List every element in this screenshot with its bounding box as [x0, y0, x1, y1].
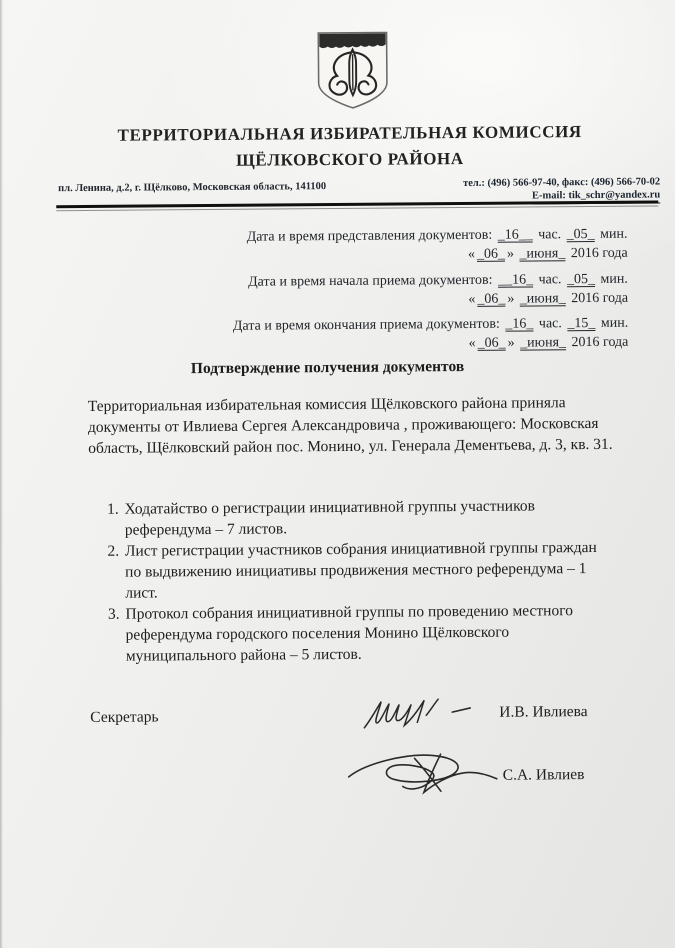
scanned-document-page: ТЕРРИТОРИАЛЬНАЯ ИЗБИРАТЕЛЬНАЯ КОМИССИЯ Щ…: [0, 0, 675, 948]
datetime-line2: «_06_» _июня_ 2016 года: [245, 244, 628, 266]
org-phone-fax: тел.: (496) 566-97-40, факс: (496) 566-7…: [463, 176, 660, 189]
shchyolkovo-coat-of-arms-icon: [314, 30, 392, 111]
document-list: Ходатайство о регистрации инициативной г…: [97, 495, 616, 667]
signatory-name: С.А. Ивлиев: [503, 766, 585, 785]
document-list-item: Лист регистрации участников собрания ини…: [123, 537, 615, 604]
handwritten-signature-secretary: [360, 691, 478, 734]
document-list-item: Ходатайство о регистрации инициативной г…: [123, 495, 615, 541]
letterhead-contacts: пл. Ленина, д.2, г. Щёлково, Московская …: [56, 176, 660, 181]
document-title: Подтверждение получения документов: [47, 357, 607, 379]
datetime-acceptance-start: Дата и время начала приема документов: _…: [246, 270, 628, 311]
body-paragraph: Территориальная избирательная комиссия Щ…: [88, 392, 633, 459]
signatory-name: И.В. Ивлиева: [499, 703, 588, 722]
org-address: пл. Ленина, д.2, г. Щёлково, Московская …: [58, 181, 326, 194]
datetime-acceptance-end: Дата и время окончания приема документов…: [231, 314, 629, 355]
org-name: ТЕРРИТОРИАЛЬНАЯ ИЗБИРАТЕЛЬНАЯ КОМИССИЯ Щ…: [38, 118, 662, 175]
document-list-item: Протокол собрания инициативной группы по…: [123, 600, 615, 667]
datetime-submission: Дата и время представления документов: _…: [245, 225, 628, 266]
datetime-line2: «_06_» _июня_ 2016 года: [231, 333, 628, 355]
org-name-line2: ЩЁЛКОВСКОГО РАЙОНА: [38, 144, 662, 175]
role-label: Секретарь: [90, 708, 158, 727]
handwritten-signature-chairman: [343, 745, 505, 804]
datetime-line2: «_06_» _июня_ 2016 года: [246, 289, 628, 311]
document-content: ТЕРРИТОРИАЛЬНАЯ ИЗБИРАТЕЛЬНАЯ КОМИССИЯ Щ…: [0, 0, 675, 948]
org-name-line1: ТЕРРИТОРИАЛЬНАЯ ИЗБИРАТЕЛЬНАЯ КОМИССИЯ: [38, 118, 662, 149]
